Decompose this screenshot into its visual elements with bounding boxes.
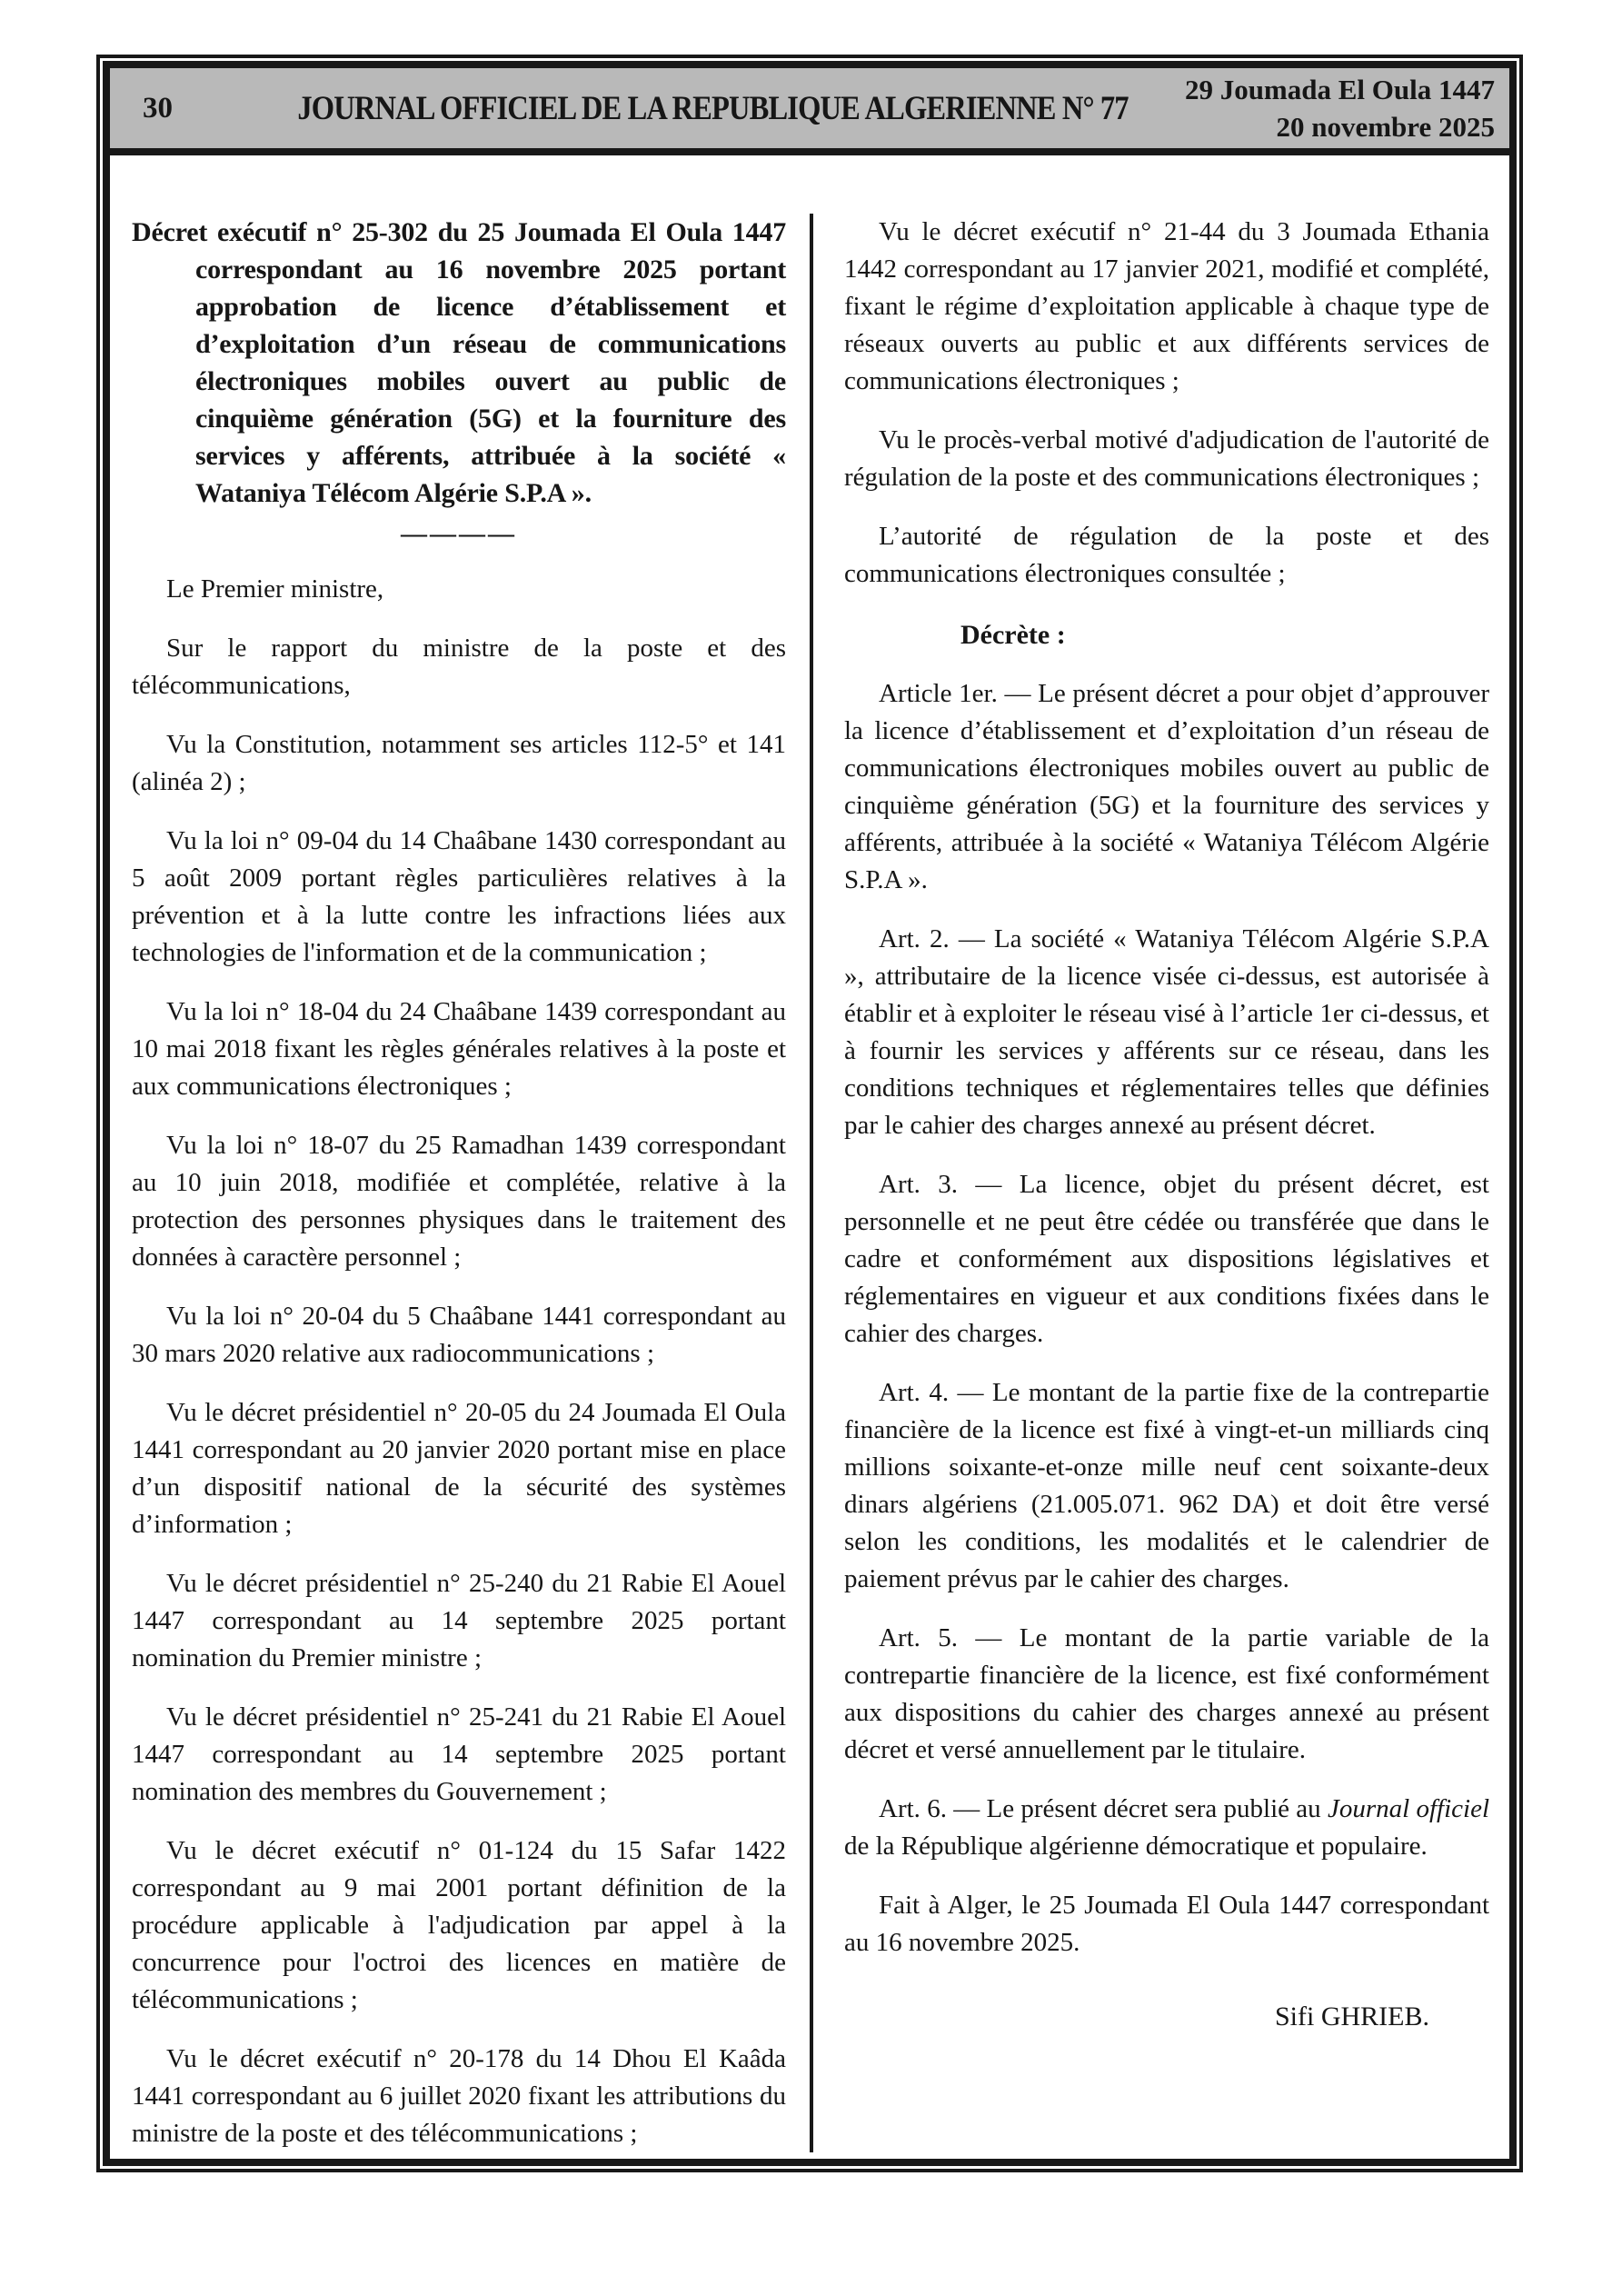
- page-border-frame-inner: 30 JOURNAL OFFICIEL DE LA REPUBLIQUE ALG…: [103, 61, 1517, 2166]
- paragraph-premier-ministre: Le Premier ministre,: [132, 571, 786, 608]
- paragraph-vu-decret-01-124: Vu le décret exécutif n° 01-124 du 15 Sa…: [132, 1832, 786, 2019]
- paragraph-rapport: Sur le rapport du ministre de la poste e…: [132, 630, 786, 704]
- page-number: 30: [110, 92, 241, 125]
- article-6-journal-officiel: Journal officiel: [1328, 1794, 1489, 1823]
- article-6-text-end: de la République algérienne démocratique…: [844, 1832, 1428, 1861]
- article-6: Art. 6. — Le présent décret sera publié …: [844, 1791, 1489, 1865]
- article-6-text: Art. 6. — Le présent décret sera publié …: [879, 1794, 1328, 1823]
- content-columns: Décret exécutif n° 25-302 du 25 Joumada …: [110, 155, 1509, 2152]
- paragraph-vu-decret-25-241: Vu le décret présidentiel n° 25-241 du 2…: [132, 1699, 786, 1811]
- paragraph-vu-constitution: Vu la Constitution, notamment ses articl…: [132, 726, 786, 801]
- issue-date-gregorian: 20 novembre 2025: [1185, 108, 1495, 145]
- paragraph-vu-decret-20-178: Vu le décret exécutif n° 20-178 du 14 Dh…: [132, 2041, 786, 2152]
- masthead: 30 JOURNAL OFFICIEL DE LA REPUBLIQUE ALG…: [110, 68, 1509, 155]
- paragraph-vu-loi-18-07: Vu la loi n° 18-07 du 25 Ramadhan 1439 c…: [132, 1127, 786, 1276]
- decree-title: Décret exécutif n° 25-302 du 25 Joumada …: [132, 214, 786, 512]
- paragraph-vu-proces-verbal: Vu le procès-verbal motivé d'adjudicatio…: [844, 422, 1489, 496]
- article-4: Art. 4. — Le montant de la partie fixe d…: [844, 1374, 1489, 1598]
- page-border-frame: 30 JOURNAL OFFICIEL DE LA REPUBLIQUE ALG…: [96, 55, 1523, 2172]
- right-column: Vu le décret exécutif n° 21-44 du 3 Joum…: [810, 214, 1509, 2152]
- paragraph-vu-decret-25-240: Vu le décret présidentiel n° 25-240 du 2…: [132, 1565, 786, 1677]
- issue-date-block: 29 Joumada El Oula 1447 20 novembre 2025: [1185, 71, 1509, 145]
- article-5: Art. 5. — Le montant de la partie variab…: [844, 1620, 1489, 1769]
- article-1: Article 1er. — Le présent décret a pour …: [844, 675, 1489, 899]
- paragraph-vu-decret-20-05: Vu le décret présidentiel n° 20-05 du 24…: [132, 1394, 786, 1543]
- issue-date-hijri: 29 Joumada El Oula 1447: [1185, 71, 1495, 108]
- journal-title: JOURNAL OFFICIEL DE LA REPUBLIQUE ALGERI…: [297, 89, 1128, 128]
- article-2: Art. 2. — La société « Wataniya Télécom …: [844, 921, 1489, 1144]
- paragraph-vu-decret-21-44: Vu le décret exécutif n° 21-44 du 3 Joum…: [844, 214, 1489, 400]
- paragraph-vu-loi-18-04: Vu la loi n° 18-04 du 24 Chaâbane 1439 c…: [132, 993, 786, 1105]
- paragraph-vu-loi-09-04: Vu la loi n° 09-04 du 14 Chaâbane 1430 c…: [132, 823, 786, 972]
- article-3: Art. 3. — La licence, objet du présent d…: [844, 1166, 1489, 1353]
- left-column: Décret exécutif n° 25-302 du 25 Joumada …: [110, 214, 810, 2152]
- paragraph-autorite-consultee: L’autorité de régulation de la poste et …: [844, 518, 1489, 593]
- closing-date-line: Fait à Alger, le 25 Joumada El Oula 1447…: [844, 1887, 1489, 1962]
- signature-name: Sifi GHRIEB.: [844, 1998, 1489, 2035]
- decrete-heading: Décrète :: [960, 616, 1489, 654]
- paragraph-vu-loi-20-04: Vu la loi n° 20-04 du 5 Chaâbane 1441 co…: [132, 1298, 786, 1373]
- section-separator: ————: [132, 519, 786, 549]
